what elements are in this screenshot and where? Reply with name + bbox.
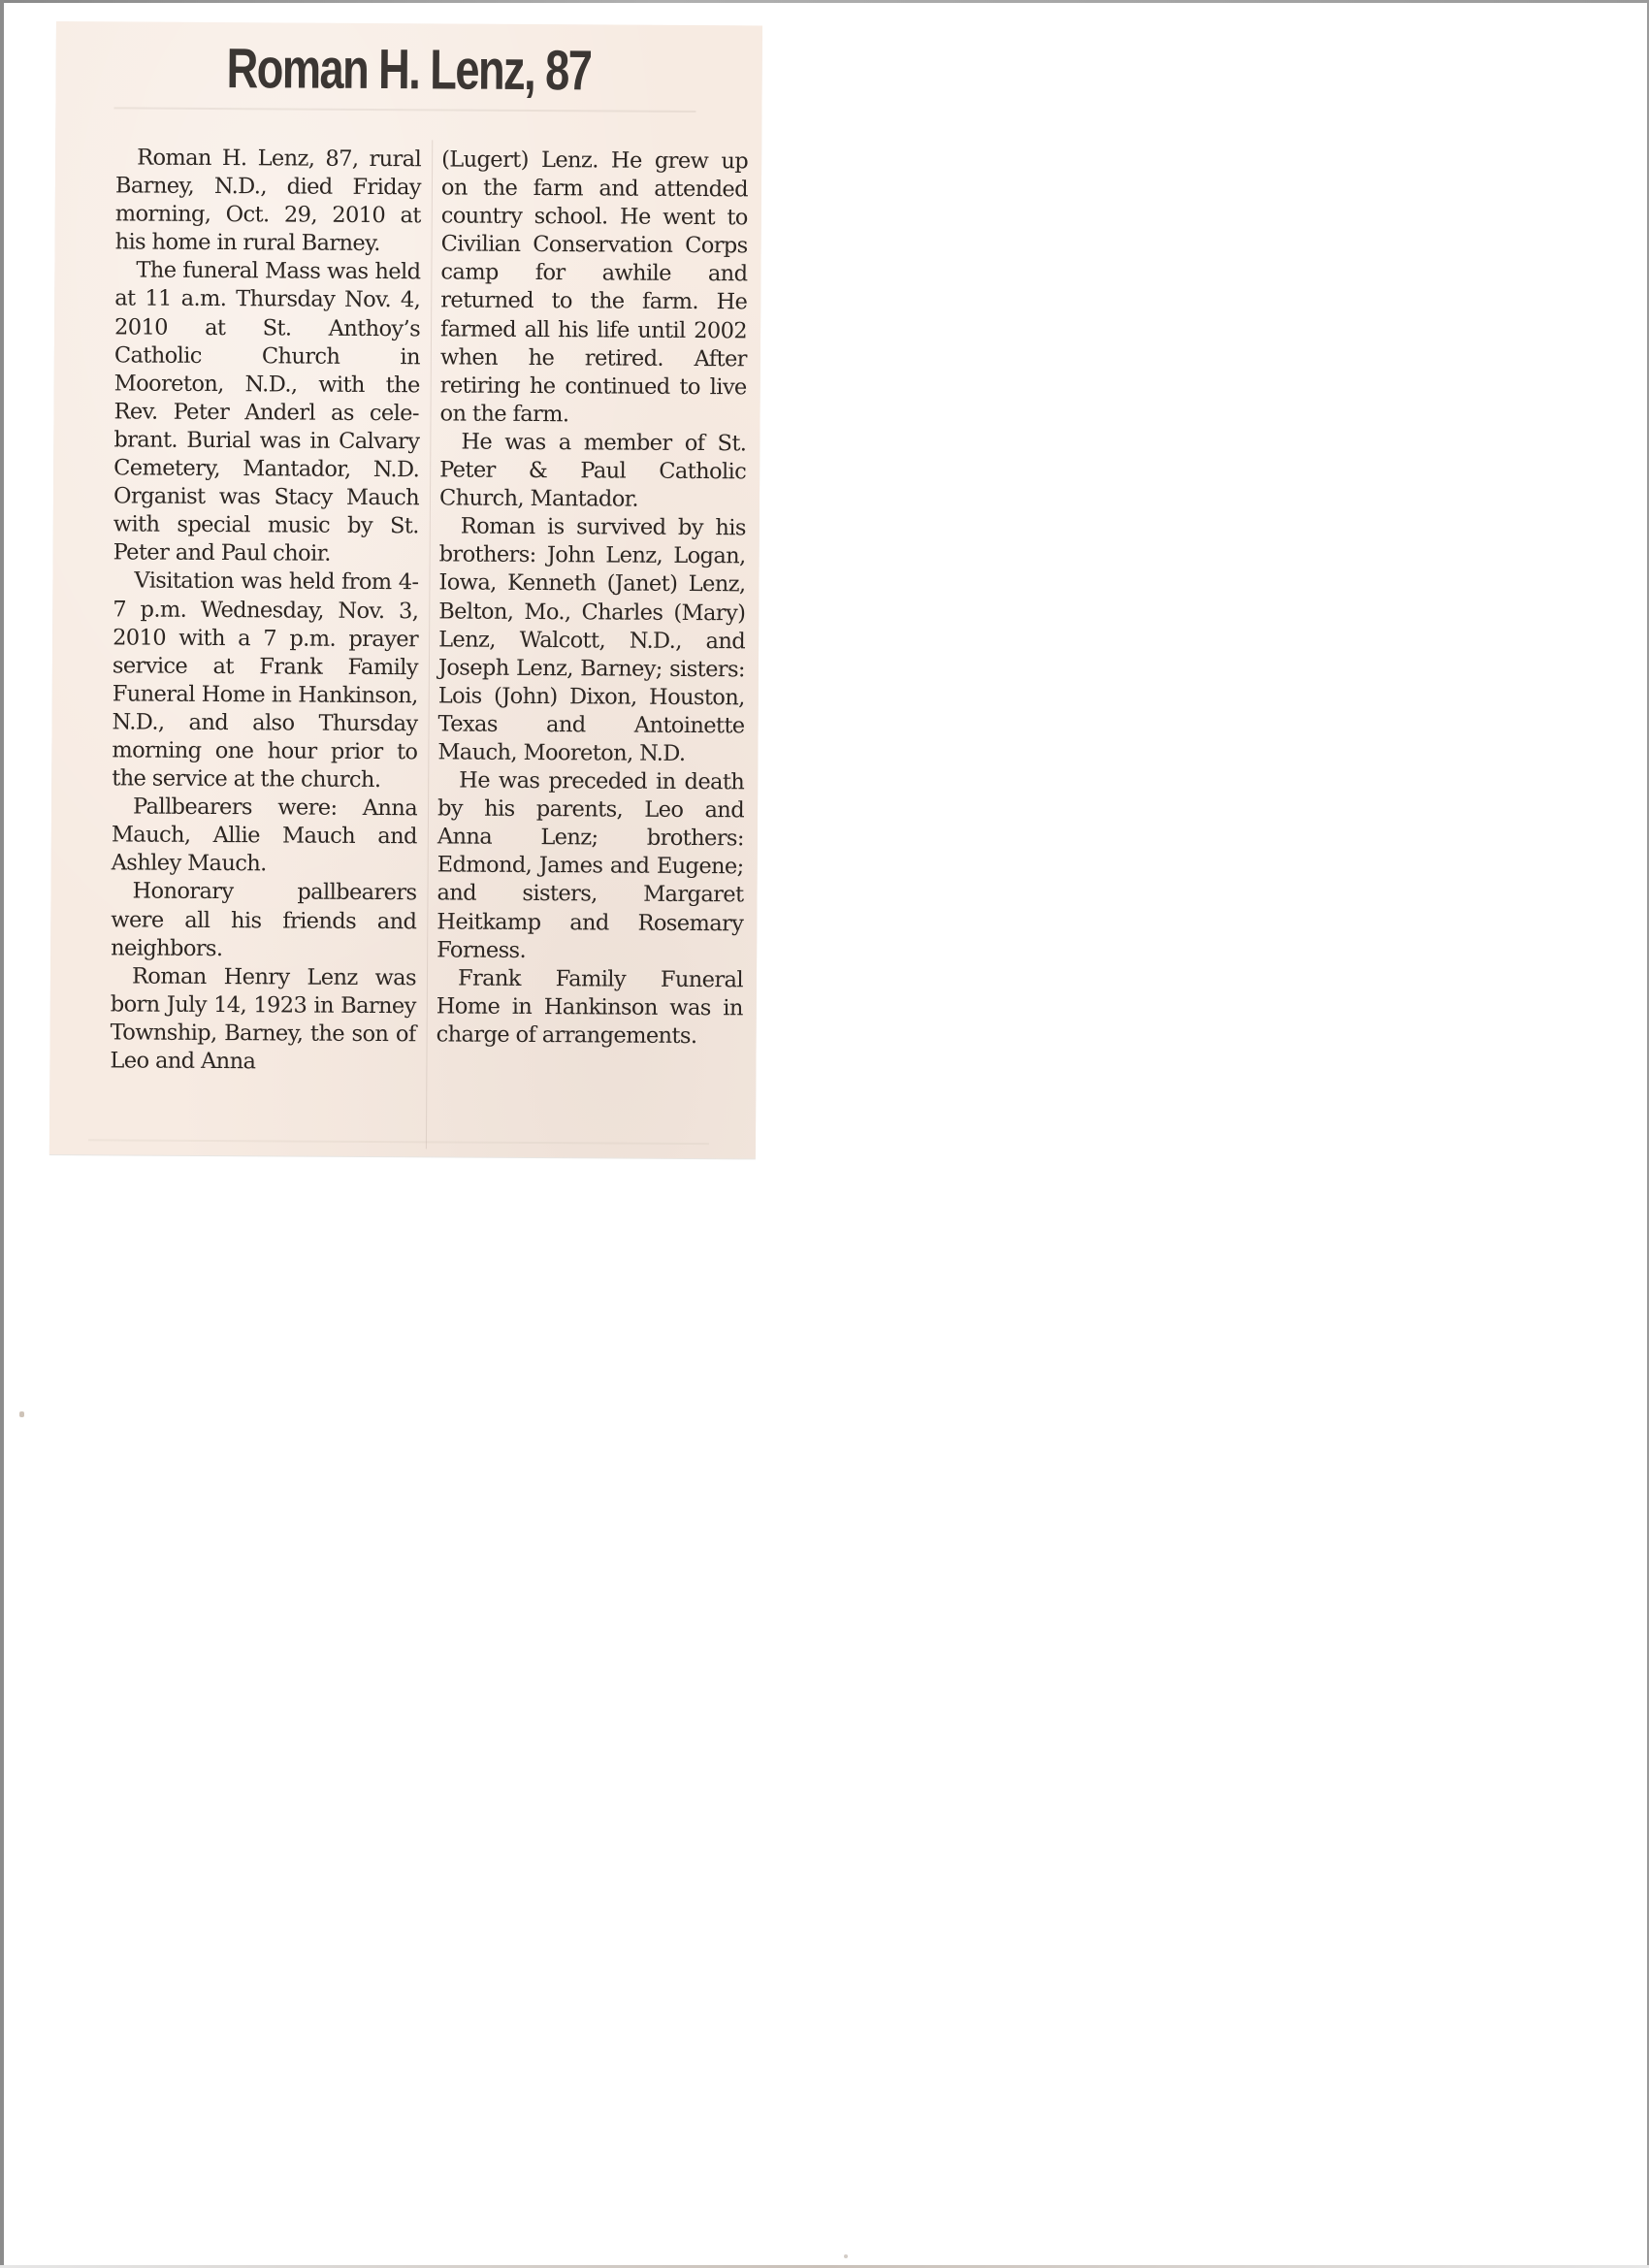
paragraph-church-membership: He was a member of St. Peter & Paul Cath…	[439, 428, 747, 514]
left-column: Roman H. Lenz, 87, rural Barney, N.D., d…	[110, 144, 421, 1077]
scan-speck	[844, 2254, 848, 2258]
bleed-through-line	[88, 1139, 709, 1145]
paragraph-death-notice: Roman H. Lenz, 87, rural Barney, N.D., d…	[115, 144, 422, 258]
paragraph-survivors: Roman is survived by his brothers: John …	[437, 513, 746, 769]
scanner-edge-left	[0, 0, 4, 2268]
paragraph-arrangements: Frank Family Funeral Home in Hankinson w…	[436, 964, 744, 1051]
column-divider	[426, 140, 433, 1149]
obituary-headline: Roman H. Lenz, 87	[133, 35, 684, 103]
paragraph-preceded-in-death: He was preceded in death by his parents,…	[436, 766, 744, 966]
bleed-through-line	[113, 107, 695, 113]
paragraph-funeral-mass: The funeral Mass was held at 11 a.m. Thu…	[113, 257, 421, 569]
paragraph-honorary-pallbearers: Honorary pallbearers were all his friend…	[111, 878, 417, 964]
paragraph-visitation: Visitation was held from 4-7 p.m. Wednes…	[112, 567, 418, 795]
scanner-edge-top	[0, 0, 1649, 3]
scan-speck	[19, 1411, 24, 1417]
paragraph-birth: Roman Henry Lenz was born July 14, 1923 …	[110, 962, 416, 1077]
paragraph-pallbearers: Pallbearers were: Anna Mauch, Allie Mauc…	[112, 794, 418, 880]
right-column: (Lugert) Lenz. He grew up on the farm an…	[436, 146, 749, 1051]
obituary-clipping: Roman H. Lenz, 87 Roman H. Lenz, 87, rur…	[49, 21, 762, 1158]
paragraph-early-life: (Lugert) Lenz. He grew up on the farm an…	[439, 146, 748, 430]
